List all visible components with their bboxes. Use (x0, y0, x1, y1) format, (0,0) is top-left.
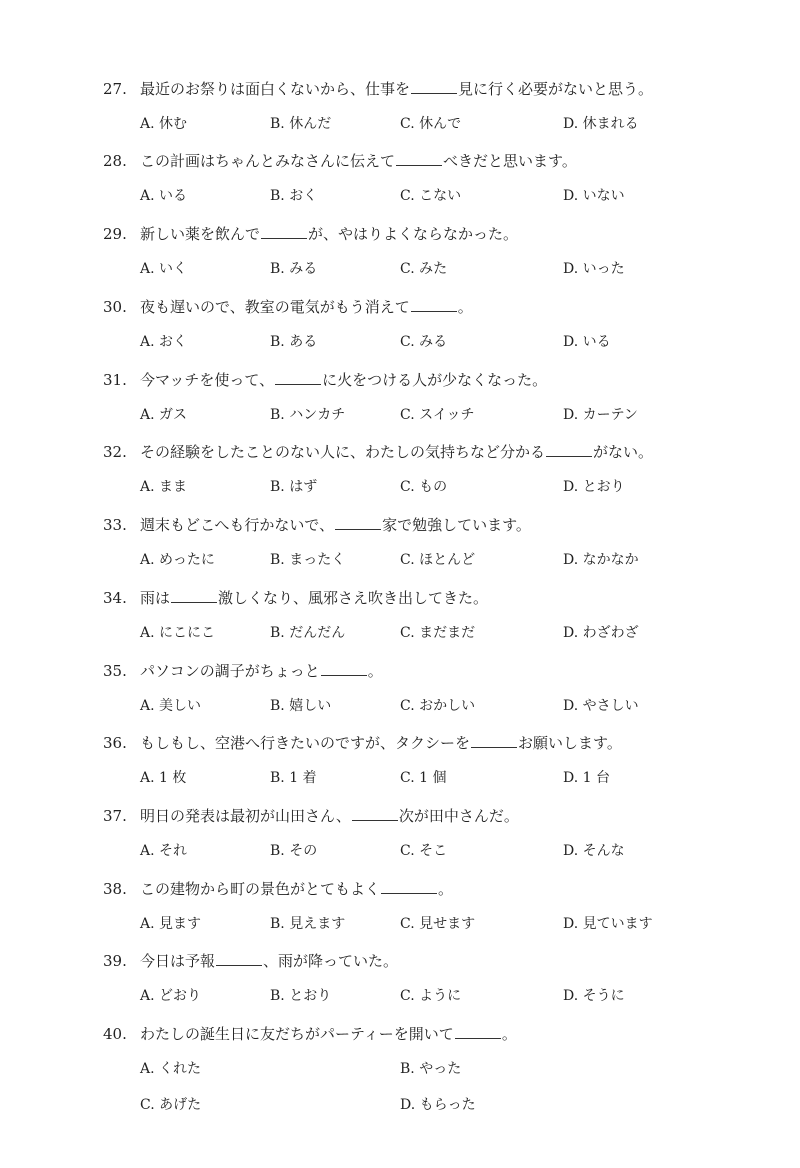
option-d: D. とおり (563, 477, 625, 497)
question-text-before-blank: 今日は予報 (140, 952, 215, 970)
options-27: A. 休む B. 休んだ C. 休んで D. 休まれる (140, 114, 700, 134)
options-40-row2: C. あげた D. もらった (140, 1095, 700, 1115)
question-number: 32. (103, 442, 140, 462)
question-text-after-blank: が、やはりよくならなかった。 (308, 225, 518, 243)
answer-blank (216, 951, 262, 966)
answer-blank (321, 661, 367, 676)
question-text-after-blank: 。 (458, 298, 473, 316)
options-37: A. それ B. その C. そこ D. そんな (140, 841, 700, 861)
option-c: C. 見せます (400, 914, 475, 934)
option-b: B. まったく (270, 550, 345, 570)
question-34: 34.雨は激しくなり、風邪さえ吹き出してきた。 (103, 588, 488, 608)
option-c: C. みた (400, 259, 447, 279)
options-40-row1: A. くれた B. やった (140, 1059, 700, 1079)
option-d: D. 休まれる (563, 114, 639, 134)
option-c: C. みる (400, 332, 447, 352)
option-d: D. そんな (563, 841, 625, 861)
option-d: D. いる (563, 332, 611, 352)
question-text-after-blank: に火をつける人が少なくなった。 (322, 371, 547, 389)
question-37: 37.明日の発表は最初が山田さん、次が田中さんだ。 (103, 806, 519, 826)
option-d: D. わざわざ (563, 623, 639, 643)
question-text-after-blank: 家で勉強しています。 (382, 516, 531, 534)
option-a: A. いる (140, 186, 187, 206)
answer-blank (261, 224, 307, 239)
option-a: A. まま (140, 477, 187, 497)
question-text-before-blank: 明日の発表は最初が山田さん、 (140, 807, 351, 825)
question-39: 39.今日は予報、雨が降っていた。 (103, 951, 398, 971)
question-text-before-blank: もしもし、空港へ行きたいのですが、タクシーを (140, 734, 470, 752)
answer-blank (546, 442, 592, 457)
options-32: A. まま B. はず C. もの D. とおり (140, 477, 700, 497)
answer-blank (455, 1024, 501, 1039)
options-36: A. 1 枚 B. 1 着 C. 1 個 D. 1 台 (140, 768, 700, 788)
answer-blank (471, 733, 517, 748)
option-d: D. そうに (563, 986, 625, 1006)
question-text-before-blank: 夜も遅いので、教室の電気がもう消えて (140, 298, 410, 316)
option-a: A. おく (140, 332, 187, 352)
answer-blank (381, 879, 437, 894)
option-b: B. はず (270, 477, 317, 497)
options-38: A. 見ます B. 見えます C. 見せます D. 見ています (140, 914, 700, 934)
question-text-after-blank: 激しくなり、風邪さえ吹き出してきた。 (218, 589, 488, 607)
options-31: A. ガス B. ハンカチ C. スイッチ D. カーテン (140, 405, 700, 425)
options-29: A. いく B. みる C. みた D. いった (140, 259, 700, 279)
question-number: 30. (103, 297, 140, 317)
option-a: A. それ (140, 841, 187, 861)
answer-blank (411, 297, 457, 312)
question-text-after-blank: べきだと思います。 (443, 152, 577, 170)
question-number: 40. (103, 1024, 140, 1044)
option-b: B. 休んだ (270, 114, 331, 134)
answer-blank (275, 370, 321, 385)
option-a: A. どおり (140, 986, 201, 1006)
question-text-before-blank: その経験をしたことのない人に、わたしの気持ちなど分かる (140, 443, 545, 461)
option-a: A. にこにこ (140, 623, 215, 643)
answer-blank (411, 79, 457, 94)
question-36: 36.もしもし、空港へ行きたいのですが、タクシーをお願いします。 (103, 733, 622, 753)
option-a: A. 1 枚 (140, 768, 186, 788)
options-33: A. めったに B. まったく C. ほとんど D. なかなか (140, 550, 700, 570)
question-28: 28.この計画はちゃんとみなさんに伝えてべきだと思います。 (103, 151, 577, 171)
option-b: B. 1 着 (270, 768, 317, 788)
question-number: 28. (103, 151, 140, 171)
question-number: 34. (103, 588, 140, 608)
question-text-after-blank: 。 (368, 662, 383, 680)
question-text-before-blank: 雨は (140, 589, 170, 607)
option-c: C. 1 個 (400, 768, 446, 788)
option-d: D. いった (563, 259, 625, 279)
question-text-after-blank: 見に行く必要がないと思う。 (458, 80, 653, 98)
question-text-after-blank: お願いします。 (518, 734, 622, 752)
question-text-after-blank: 次が田中さんだ。 (399, 807, 519, 825)
answer-blank (396, 151, 442, 166)
question-number: 39. (103, 951, 140, 971)
question-number: 35. (103, 661, 140, 681)
option-a: A. 美しい (140, 696, 201, 716)
option-a: A. めったに (140, 550, 215, 570)
option-a: A. ガス (140, 405, 187, 425)
question-text-before-blank: 週末もどこへも行かないで、 (140, 516, 334, 534)
options-34: A. にこにこ B. だんだん C. まだまだ D. わざわざ (140, 623, 700, 643)
option-c: C. 休んで (400, 114, 461, 134)
question-text-after-blank: 。 (502, 1025, 517, 1043)
answer-blank (352, 806, 398, 821)
option-b: B. ハンカチ (270, 405, 345, 425)
question-text-before-blank: この建物から町の景色がとてもよく (140, 880, 380, 898)
option-a: A. いく (140, 259, 187, 279)
question-text-before-blank: 今マッチを使って、 (140, 371, 274, 389)
option-c: C. スイッチ (400, 405, 475, 425)
option-c: C. まだまだ (400, 623, 475, 643)
question-35: 35.パソコンの調子がちょっと。 (103, 661, 383, 681)
question-text-after-blank: がない。 (593, 443, 653, 461)
option-d: D. カーテン (563, 405, 638, 425)
question-number: 33. (103, 515, 140, 535)
option-c: C. ように (400, 986, 461, 1006)
option-b: B. やった (400, 1059, 461, 1079)
option-d: D. 1 台 (563, 768, 610, 788)
option-c: C. あげた (140, 1095, 201, 1115)
option-b: B. その (270, 841, 317, 861)
question-number: 38. (103, 879, 140, 899)
question-text-after-blank: 、雨が降っていた。 (263, 952, 398, 970)
option-b: B. みる (270, 259, 317, 279)
question-text-after-blank: 。 (438, 880, 453, 898)
question-number: 37. (103, 806, 140, 826)
options-30: A. おく B. ある C. みる D. いる (140, 332, 700, 352)
option-b: B. だんだん (270, 623, 345, 643)
question-40: 40.わたしの誕生日に友だちがパーティーを開いて。 (103, 1024, 517, 1044)
option-d: D. やさしい (563, 696, 639, 716)
option-d: D. もらった (400, 1095, 476, 1115)
option-d: D. なかなか (563, 550, 639, 570)
question-30: 30.夜も遅いので、教室の電気がもう消えて。 (103, 297, 473, 317)
question-text-before-blank: 新しい薬を飲んで (140, 225, 260, 243)
options-35: A. 美しい B. 嬉しい C. おかしい D. やさしい (140, 696, 700, 716)
question-text-before-blank: わたしの誕生日に友だちがパーティーを開いて (140, 1025, 454, 1043)
option-c: C. そこ (400, 841, 447, 861)
question-number: 36. (103, 733, 140, 753)
question-38: 38.この建物から町の景色がとてもよく。 (103, 879, 453, 899)
option-a: A. くれた (140, 1059, 201, 1079)
question-32: 32.その経験をしたことのない人に、わたしの気持ちなど分かるがない。 (103, 442, 653, 462)
question-text-before-blank: パソコンの調子がちょっと (140, 662, 320, 680)
option-d: D. 見ています (563, 914, 653, 934)
question-33: 33.週末もどこへも行かないで、家で勉強しています。 (103, 515, 531, 535)
question-text-before-blank: この計画はちゃんとみなさんに伝えて (140, 152, 395, 170)
question-number: 31. (103, 370, 140, 390)
question-number: 27. (103, 79, 140, 99)
question-29: 29.新しい薬を飲んでが、やはりよくならなかった。 (103, 224, 518, 244)
question-number: 29. (103, 224, 140, 244)
option-b: B. とおり (270, 986, 331, 1006)
options-28: A. いる B. おく C. こない D. いない (140, 186, 700, 206)
option-b: B. おく (270, 186, 317, 206)
answer-blank (171, 588, 217, 603)
option-d: D. いない (563, 186, 625, 206)
question-text-before-blank: 最近のお祭りは面白くないから、仕事を (140, 80, 410, 98)
options-39: A. どおり B. とおり C. ように D. そうに (140, 986, 700, 1006)
answer-blank (335, 515, 381, 530)
exam-page: 27.最近のお祭りは面白くないから、仕事を見に行く必要がないと思う。 A. 休む… (0, 0, 800, 1168)
option-a: A. 休む (140, 114, 187, 134)
option-c: C. ほとんど (400, 550, 475, 570)
option-c: C. もの (400, 477, 447, 497)
option-a: A. 見ます (140, 914, 201, 934)
option-c: C. おかしい (400, 696, 475, 716)
option-b: B. 嬉しい (270, 696, 331, 716)
question-31: 31.今マッチを使って、に火をつける人が少なくなった。 (103, 370, 547, 390)
option-b: B. ある (270, 332, 317, 352)
option-b: B. 見えます (270, 914, 345, 934)
option-c: C. こない (400, 186, 461, 206)
question-27: 27.最近のお祭りは面白くないから、仕事を見に行く必要がないと思う。 (103, 79, 653, 99)
